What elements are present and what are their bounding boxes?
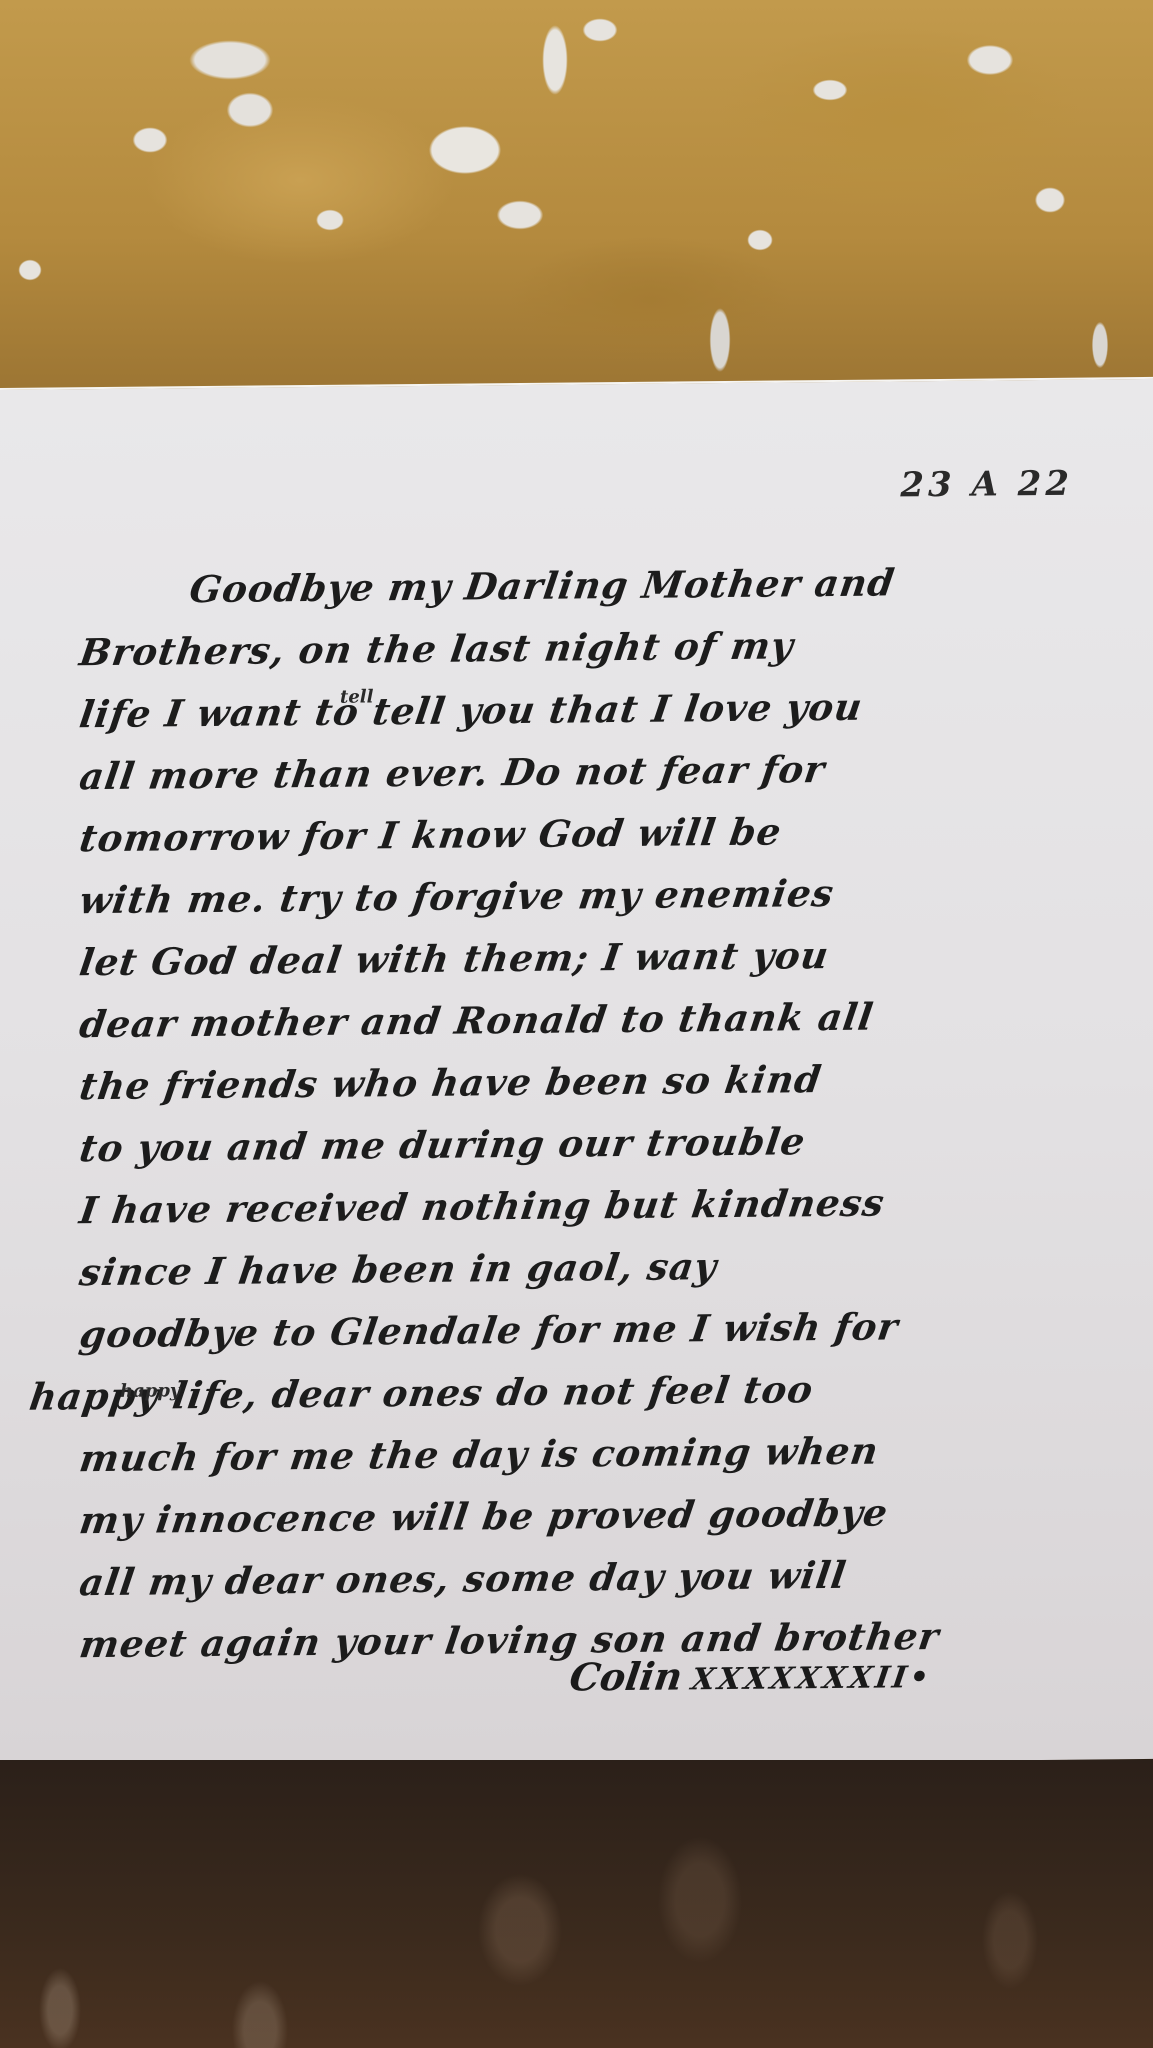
insertion-happy: happy	[120, 1380, 180, 1402]
letter-date: 23 A 22	[900, 464, 1073, 506]
letter-line: goodbye to Glendale for me I wish for	[76, 1293, 1095, 1365]
letter-line: happy life, dear ones do not feel too	[26, 1355, 1095, 1427]
signature-name: Colin	[567, 1653, 685, 1699]
letter-line: life I want to tell you that I love you	[76, 673, 1095, 745]
letter-body: Goodbye my Darling Mother and Brothers, …	[80, 550, 1090, 1676]
ochre-peeling-wall	[0, 0, 1153, 392]
dark-brown-wall	[0, 1760, 1153, 2048]
letter-line: my innocence will be proved goodbye	[76, 1479, 1095, 1551]
letter-line: with me. try to forgive my enemies	[76, 859, 1095, 931]
letter-line: all more than ever. Do not fear for	[76, 735, 1095, 807]
kisses-marks: XXXXXXXII•	[689, 1660, 934, 1697]
insertion-tell: tell	[340, 686, 373, 707]
letter-line: tomorrow for I know God will be	[76, 797, 1095, 869]
letter-line: all my dear ones, some day you will	[76, 1541, 1095, 1613]
letter-line: much for me the day is coming when	[76, 1417, 1095, 1489]
letter-line: dear mother and Ronald to thank all	[76, 983, 1095, 1055]
letter-line: let God deal with them; I want you	[76, 921, 1095, 993]
letter-line: Goodbye my Darling Mother and	[76, 549, 1095, 621]
letter-line: I have received nothing but kindness	[76, 1169, 1095, 1241]
letter-paper: 23 A 22 Goodbye my Darling Mother and Br…	[0, 377, 1153, 1770]
letter-line: since I have been in gaol, say	[76, 1231, 1095, 1303]
signature: ColinXXXXXXXII•	[567, 1651, 936, 1700]
letter-line: Brothers, on the last night of my	[76, 611, 1095, 683]
letter-line: the friends who have been so kind	[76, 1045, 1095, 1117]
letter-line: to you and me during our trouble	[76, 1107, 1095, 1179]
